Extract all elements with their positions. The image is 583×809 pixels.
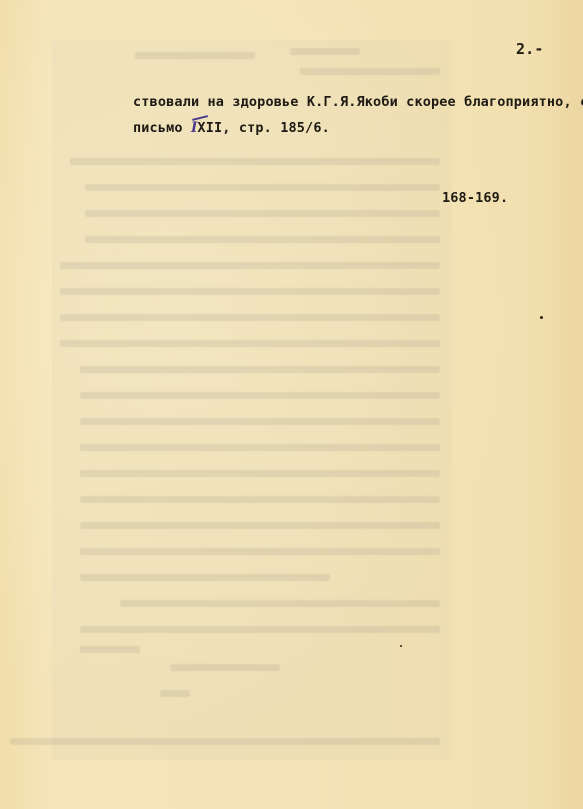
bleed-through-line xyxy=(80,646,140,653)
document-page: 2.- ствовали на здоровье К.Г.Я.Якоби ско… xyxy=(0,0,583,809)
bleed-through-line xyxy=(80,366,440,373)
bleed-through-line xyxy=(80,418,440,425)
page-number: 2.- xyxy=(516,40,544,58)
roman-numeral: XII xyxy=(197,120,222,136)
bleed-through-line xyxy=(80,626,440,633)
bleed-through-line xyxy=(135,52,255,59)
bleed-through-line xyxy=(80,392,440,399)
bleed-through-line xyxy=(60,262,440,269)
bleed-through-line xyxy=(80,548,440,555)
bleed-through-line xyxy=(300,68,440,75)
text-line: ствовали на здоровье К.Г.Я.Якоби скорее … xyxy=(133,94,583,110)
bleed-through-line xyxy=(60,314,440,321)
bleed-through-line xyxy=(80,496,440,503)
bleed-through-line xyxy=(70,158,440,165)
bleed-through-line xyxy=(170,664,280,671)
bleed-through-line xyxy=(80,574,330,581)
reference-range: 168-169. xyxy=(442,190,508,206)
letter-label: письмо xyxy=(133,120,191,136)
bleed-through-line xyxy=(160,690,190,697)
bleed-through-line xyxy=(60,288,440,295)
bleed-through-line xyxy=(85,236,440,243)
bleed-through-line xyxy=(10,738,440,745)
ink-speck xyxy=(400,645,402,647)
handwritten-annotation: I xyxy=(191,120,197,136)
bleed-through-line xyxy=(290,48,360,55)
bleed-through-line xyxy=(85,184,440,191)
bleed-through-line xyxy=(85,210,440,217)
page-reference: , стр. 185/6. xyxy=(222,120,330,136)
bleed-through-line xyxy=(80,470,440,477)
ink-speck xyxy=(540,316,543,319)
bleed-through-line xyxy=(80,444,440,451)
bleed-through-line xyxy=(120,600,440,607)
text-line: письмо IXII, стр. 185/6. xyxy=(133,120,330,136)
bleed-through-line xyxy=(60,340,440,347)
bleed-through-line xyxy=(80,522,440,529)
